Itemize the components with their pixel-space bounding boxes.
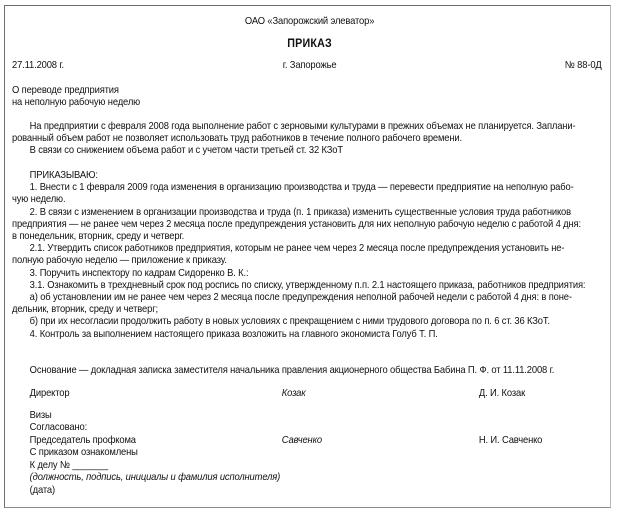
director-signature: Козак: [282, 388, 306, 400]
acquainted-label: С приказом ознакомлены: [30, 447, 138, 459]
item-1-line: 1. Внести с 1 февраля 2009 года изменени…: [12, 182, 607, 194]
union-chair-signature: Савченко: [282, 435, 322, 447]
item-2-line: в понедельник, вторник, среду и четверг.: [12, 231, 607, 243]
preamble-line: На предприятии с февраля 2008 года выпол…: [12, 121, 607, 133]
union-chair-name: Н. И. Савченко: [479, 435, 542, 447]
subject-line-2: на неполную рабочую неделю: [12, 97, 140, 109]
file-reference: К делу № _______: [30, 460, 108, 472]
item-a-line: а) об установлении им не ранее чем через…: [12, 292, 607, 304]
subject-line-1: О переводе предприятия: [12, 85, 119, 97]
item-2-line: предприятия — не ранее чем через 2 месяц…: [12, 219, 607, 231]
item-2-line: 2. В связи с изменением в организации пр…: [12, 207, 607, 219]
item-3-1-line: 3.1. Ознакомить в трехдневный срок под р…: [12, 280, 607, 292]
order-items: ПРИКАЗЫВАЮ: 1. Внести с 1 февраля 2009 г…: [12, 170, 607, 341]
item-2-1-line: полную рабочую неделю — приложение к при…: [12, 255, 607, 267]
item-4-line: 4. Контроль за выполнением настоящего пр…: [12, 329, 607, 341]
agreed-label: Согласовано:: [30, 422, 87, 434]
item-a-line: дельник, вторник, среду и четверг;: [12, 304, 607, 316]
preamble-basis-line: В связи со снижением объема работ и с уч…: [12, 145, 607, 157]
basis-note: Основание — докладная записка заместител…: [30, 365, 555, 377]
order-heading: ПРИКАЗЫВАЮ:: [12, 170, 607, 182]
organization-name: ОАО «Запорожский элеватор»: [12, 16, 607, 28]
union-chair-title: Председатель профкома: [30, 435, 136, 447]
document-number: № 88-0Д: [12, 60, 602, 72]
director-name: Д. И. Козак: [479, 388, 525, 400]
item-2-1-line: 2.1. Утвердить список работников предпри…: [12, 243, 607, 255]
preamble-paragraph: На предприятии с февраля 2008 года выпол…: [12, 121, 607, 158]
item-3-line: 3. Поручить инспектору по кадрам Сидорен…: [12, 268, 607, 280]
director-title: Директор: [30, 388, 70, 400]
visas-label: Визы: [30, 410, 52, 422]
date-note: (дата): [30, 485, 55, 497]
document-type-title: ПРИКАЗ: [12, 38, 607, 50]
item-1-line: чую неделю.: [12, 194, 607, 206]
preamble-line: рованный объем работ не позволяет исполь…: [12, 133, 607, 145]
item-b-line: б) при их несогласии продолжить работу в…: [12, 316, 607, 328]
executor-note: (должность, подпись, инициалы и фамилия …: [30, 472, 280, 484]
